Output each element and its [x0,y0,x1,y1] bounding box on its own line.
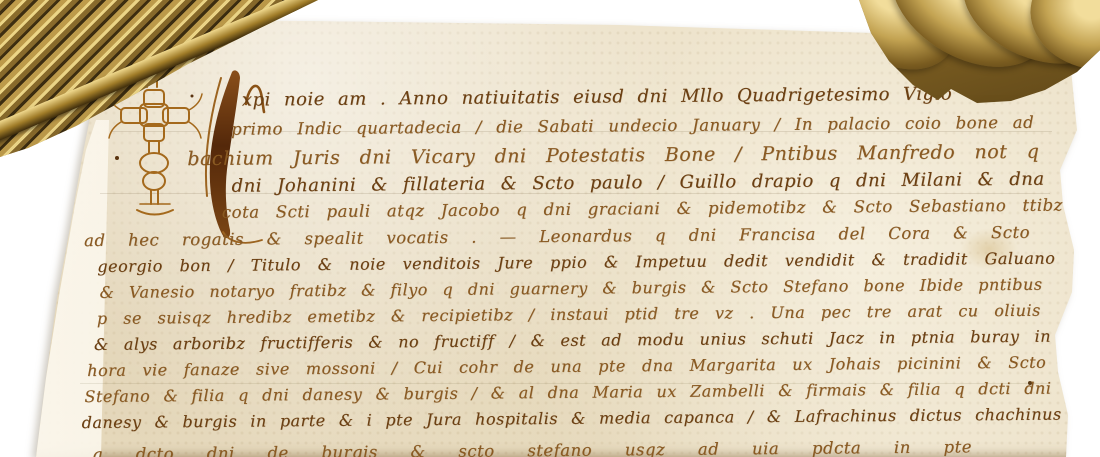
manuscript-line: ad hec rogatis & spealit vocatis . — Leo… [84,224,1030,250]
manuscript-line: georgio bon / Titulo & noie venditois Ju… [97,250,1055,276]
manuscript-line: xpi noie am . Anno natiuitatis eiusd dni… [242,84,984,110]
manuscript-line: bachium Juris dni Vicary dni Potestatis … [187,142,1039,170]
manuscript-line: cota Scti pauli atqz Jacobo q dni gracia… [222,197,1063,222]
manuscript-line: hora vie fanaze sive mossoni / Cui cohr … [87,354,1046,380]
manuscript-line: dni Johanini & fillateria & Scto paulo /… [232,170,1045,197]
manuscript-line: danesy & burgis in parte & i pte Jura ho… [82,406,1062,432]
manuscript-line: Stefano & filia q dni danesy & burgis / … [84,380,1051,406]
manuscript-line: & Vanesio notaryo fratibz & filyo q dni … [99,276,1042,302]
manuscript-line-cutoff: q dcto dni de burgis & scto stefano usqz… [92,438,972,457]
manuscript-photo: xpi noie am . Anno natiuitatis eiusd dni… [0,0,1100,457]
manuscript-line: primo Indic quartadecia / die Sabati und… [231,114,1034,139]
manuscript-line: p se suisqz hredibz emetibz & recipietib… [97,302,1041,328]
manuscript-line: & alys arboribz fructifferis & no fructi… [94,328,1051,354]
